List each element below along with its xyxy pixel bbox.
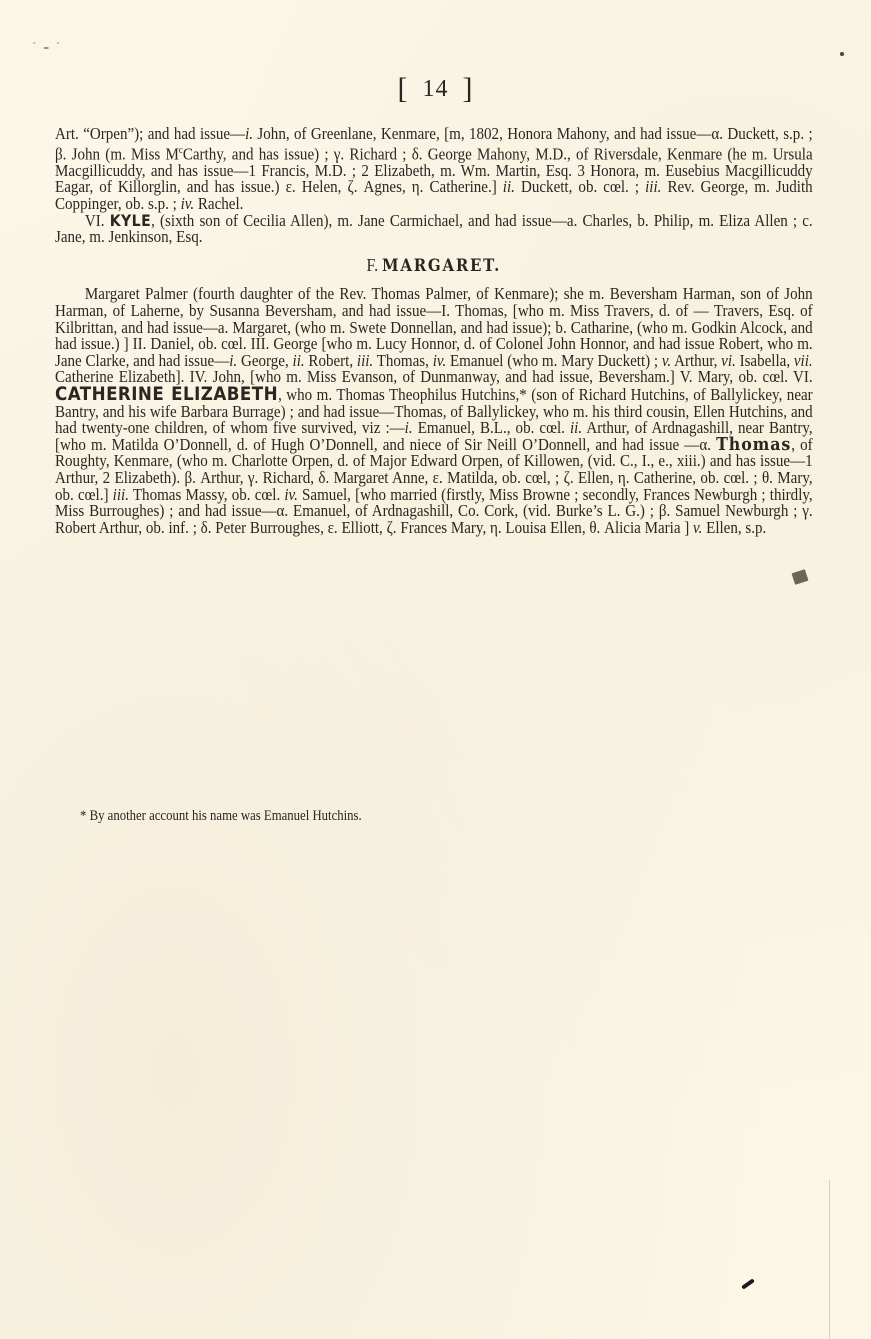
page-number: 14	[423, 76, 449, 102]
page-edge-line	[829, 1180, 830, 1339]
ink-dot	[840, 52, 844, 56]
pen-mark-icon	[741, 1278, 755, 1289]
body-text: Art. “Orpen”); and had issue—i. John, of…	[55, 126, 813, 536]
scanned-page: ᵕ ‗ ᵕ [14] Art. “Orpen”); and had issue—…	[0, 0, 871, 1339]
library-stamp-icon	[791, 569, 808, 585]
page-number-header: [14]	[0, 72, 871, 106]
paragraph-orpen-continuation: Art. “Orpen”); and had issue—i. John, of…	[55, 126, 813, 213]
paragraph-kyle: VI. KYLE, (sixth son of Cecilia Allen), …	[55, 213, 813, 246]
section-heading-margaret: F. MARGARET.	[55, 257, 813, 275]
footnote: * By another account his name was Emanue…	[80, 808, 696, 825]
section-letter: F.	[367, 255, 379, 275]
section-title: MARGARET.	[382, 256, 501, 276]
left-bracket: [	[398, 72, 409, 105]
right-bracket: ]	[463, 72, 474, 105]
paragraph-margaret-palmer: Margaret Palmer (fourth daughter of the …	[55, 286, 813, 536]
corner-ink-marks: ᵕ ‗ ᵕ	[33, 38, 62, 48]
